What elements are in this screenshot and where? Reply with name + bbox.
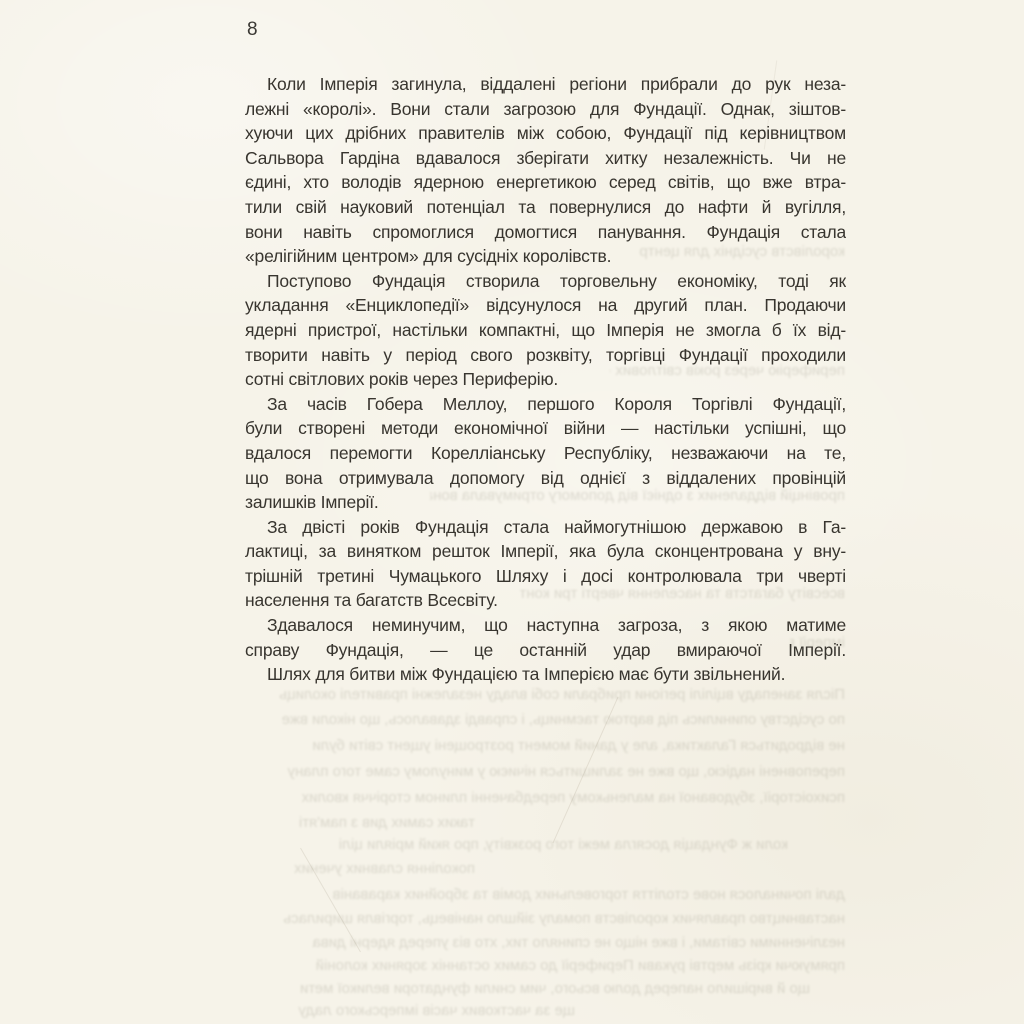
text-line: укладання «Енциклопедії» відсунулося на …	[245, 293, 846, 318]
bleedthrough-line: переповнені надією, що вже не залишиться…	[245, 763, 845, 780]
bleedthrough-line: коли ж Фундація досягла межі того розкві…	[268, 836, 788, 853]
paragraph: За двісті років Фундація стала наймогутн…	[245, 515, 846, 613]
bleedthrough-line: покоління славних учених	[245, 860, 475, 877]
text-line: За двісті років Фундація стала наймогутн…	[267, 515, 846, 540]
bleedthrough-line: Після занепаду вцілілі регіони прибрали …	[268, 686, 845, 703]
bleedthrough-line: далі починалося нове століття торговельн…	[268, 886, 845, 903]
bleedthrough-line: психоісторії, збудованої на маленькому п…	[245, 789, 845, 806]
scratch-mark	[553, 697, 619, 844]
paragraph: Поступово Фундація створила торговельну …	[245, 269, 846, 392]
text-line: були створені методи економічної війни —…	[245, 416, 846, 441]
paragraph: Здавалося неминучим, що наступна загроза…	[245, 613, 846, 687]
text-line: лежні «королі». Вони стали загрозою для …	[245, 97, 846, 122]
text-line: залишків Імперії.	[245, 490, 846, 515]
text-line: Поступово Фундація створила торговельну …	[267, 269, 846, 294]
text-line: хуючи цих дрібних правителів між собою, …	[245, 121, 846, 146]
text-line: Сальвора Гардіна вдавалося зберігати хит…	[245, 146, 846, 171]
text-line: Коли Імперія загинула, віддалені регіони…	[267, 72, 846, 97]
text-line: вони навіть спромоглися домогтися панува…	[245, 220, 846, 245]
text-line: тили свій науковий потенціал та повернул…	[245, 195, 846, 220]
bleedthrough-line: не відродиться Галактика, але у даний мо…	[245, 737, 845, 754]
bleedthrough-line: ще за часткових часів імперського ладу	[245, 1002, 575, 1019]
page-number: 8	[247, 18, 258, 42]
text-line: сотні світлових років через Периферію.	[245, 367, 846, 392]
text-line: населення та багатств Всесвіту.	[245, 588, 846, 613]
text-line: творити навіть у період свого розквіту, …	[245, 343, 846, 368]
text-block: Коли Імперія загинула, віддалені регіони…	[245, 72, 846, 687]
text-line: Шлях для битви між Фундацією та Імперією…	[245, 662, 846, 687]
paragraph: За часів Гобера Меллоу, першого Короля Т…	[245, 392, 846, 515]
scratch-mark	[300, 848, 361, 952]
bleedthrough-line: що й вирішило наперед долю всього, чим с…	[245, 980, 810, 997]
bleedthrough-line: по сусідству опинились під вартою таємни…	[245, 711, 845, 728]
text-line: За часів Гобера Меллоу, першого Короля Т…	[267, 392, 846, 417]
bleedthrough-line: незліченними світами, і вже ніщо не спин…	[245, 934, 845, 951]
text-line: ядерні пристрої, настільки компактні, що…	[245, 318, 846, 343]
text-line: вдалося перемогти Корелліанську Республі…	[245, 441, 846, 466]
bleedthrough-line: таких самих див з пам'яті	[245, 814, 475, 831]
text-line: справу Фундація, — це останній удар вмир…	[245, 638, 846, 663]
bleedthrough-line: наставництво правлячих королівств помалу…	[245, 910, 845, 927]
book-page: королівств сусідніх для центром релігійн…	[0, 0, 1024, 1024]
bleedthrough-line: прямуючи крізь мертві рукави Периферії д…	[245, 957, 845, 974]
text-line: що вона отримувала допомогу від однієї з…	[245, 466, 846, 491]
text-line: «релігійним центром» для сусідніх королі…	[245, 244, 846, 269]
text-line: єдині, хто володів ядерною енергетикою с…	[245, 170, 846, 195]
paragraph: Коли Імперія загинула, віддалені регіони…	[245, 72, 846, 269]
text-line: Здавалося неминучим, що наступна загроза…	[267, 613, 846, 638]
text-line: лактиці, за винятком решток Імперії, яка…	[245, 539, 846, 564]
text-line: трішній третині Чумацького Шляху і досі …	[245, 564, 846, 589]
